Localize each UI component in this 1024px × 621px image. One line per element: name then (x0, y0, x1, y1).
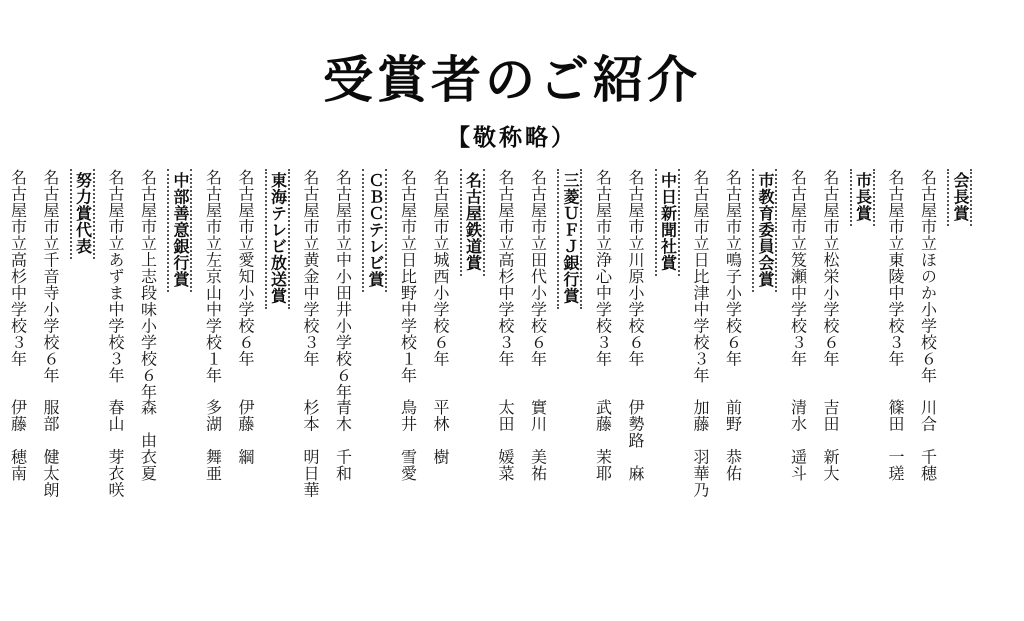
entry-name-text: 青木 千和 (325, 399, 358, 482)
entry-school-text: 名古屋市立黄金中学校３年 (301, 169, 318, 367)
award-group: ＣＢＣテレビ賞 名古屋市立中小田井小学校６年青木 千和名古屋市立黄金中学校３年杉… (293, 169, 391, 599)
award-title-text: 名古屋鉄道賞 (460, 169, 485, 276)
award-entry-column: 名古屋市立城西小学校６年平林 樹 (423, 169, 456, 599)
entry-school-text: 名古屋市立東陵中学校３年 (886, 169, 903, 367)
award-entry-column: 名古屋市立上志段味小学校６年森 由衣夏 (130, 169, 163, 599)
entry-name-text: 伊藤 穂南 (0, 399, 33, 482)
entry-name-text: 杉本 明日華 (293, 399, 326, 498)
award-group: 市教育委員会賞 名古屋市立鳴子小学校６年前野 恭佑名古屋市立日比津中学校３年加藤… (683, 169, 781, 599)
award-entry-column: 名古屋市立東陵中学校３年篠田 一瑳 (878, 169, 911, 599)
award-entry-column: 名古屋市立高杉中学校３年太田 媛菜 (488, 169, 521, 599)
award-title-text: 中部善意銀行賞 (167, 169, 192, 293)
entry-school-text: 名古屋市立高杉中学校３年 (496, 169, 513, 367)
entry-school-text: 名古屋市立笈瀬中学校３年 (789, 169, 806, 367)
award-entry-column: 名古屋市立左京山中学校１年多湖 舞亜 (195, 169, 228, 599)
award-title-text: 中日新聞社賞 (655, 169, 680, 276)
award-title-text: 三菱ＵＦＪ銀行賞 (557, 169, 582, 309)
entry-name-text: 服部 健太朗 (33, 399, 66, 498)
award-title-text: 東海テレビ放送賞 (265, 169, 290, 309)
entry-school-text: 名古屋市立愛知小学校６年 (236, 169, 253, 367)
award-title-column: 市長賞 (845, 169, 878, 599)
page-subtitle: 【敬称略） (0, 110, 1024, 152)
entry-name-text: 多湖 舞亜 (195, 399, 228, 482)
award-title-column: 中日新聞社賞 (650, 169, 683, 599)
award-title-column: 三菱ＵＦＪ銀行賞 (553, 169, 586, 599)
entry-school-text: 名古屋市立日比野中学校１年 (399, 169, 416, 384)
entry-school-text: 名古屋市立中小田井小学校６年 (334, 169, 351, 400)
entry-name-text: 實川 美祐 (520, 399, 553, 482)
award-title-column: 努力賞代表 (65, 169, 98, 599)
award-entry-column: 名古屋市立あずま中学校３年春山 芽衣咲 (98, 169, 131, 599)
award-title-column: 名古屋鉄道賞 (455, 169, 488, 599)
entry-name-text: 春山 芽衣咲 (98, 399, 131, 498)
entry-name-text: 川合 千穂 (910, 399, 943, 482)
entry-school-text: 名古屋市立あずま中学校３年 (106, 169, 123, 384)
entry-name-text: 伊勢路 麻 (618, 399, 651, 482)
award-group: 努力賞代表 名古屋市立千音寺小学校６年服部 健太朗名古屋市立高杉中学校３年伊藤 … (0, 169, 98, 599)
award-title-text: 市教育委員会賞 (752, 169, 777, 293)
award-entry-column: 名古屋市立黄金中学校３年杉本 明日華 (293, 169, 326, 599)
entry-school-text: 名古屋市立千音寺小学校６年 (41, 169, 58, 384)
entry-school-text: 名古屋市立田代小学校６年 (529, 169, 546, 367)
award-entry-column: 名古屋市立中小田井小学校６年青木 千和 (325, 169, 358, 599)
award-title-text: 努力賞代表 (70, 169, 95, 260)
award-title-text: 会長賞 (947, 169, 972, 227)
award-entry-column: 名古屋市立川原小学校６年伊勢路 麻 (618, 169, 651, 599)
entry-name-text: 武藤 茉耶 (585, 399, 618, 482)
award-title-column: ＣＢＣテレビ賞 (358, 169, 391, 599)
award-group: 中日新聞社賞 名古屋市立川原小学校６年伊勢路 麻名古屋市立浄心中学校３年武藤 茉… (585, 169, 683, 599)
award-entry-column: 名古屋市立日比津中学校３年加藤 羽華乃 (683, 169, 716, 599)
entry-name-text: 前野 恭佑 (715, 399, 748, 482)
entry-name-text: 清水 遥斗 (780, 399, 813, 482)
entry-school-text: 名古屋市立城西小学校６年 (431, 169, 448, 367)
award-title-text: ＣＢＣテレビ賞 (362, 169, 387, 293)
entry-name-text: 伊藤 綱 (228, 399, 261, 465)
award-title-column: 中部善意銀行賞 (163, 169, 196, 599)
entry-name-text: 篠田 一瑳 (878, 399, 911, 482)
entry-school-text: 名古屋市立松栄小学校６年 (821, 169, 838, 367)
award-entry-column: 名古屋市立浄心中学校３年武藤 茉耶 (585, 169, 618, 599)
award-group: 三菱ＵＦＪ銀行賞 名古屋市立田代小学校６年實川 美祐名古屋市立高杉中学校３年太田… (488, 169, 586, 599)
award-entry-column: 名古屋市立鳴子小学校６年前野 恭佑 (715, 169, 748, 599)
award-entry-column: 名古屋市立愛知小学校６年伊藤 綱 (228, 169, 261, 599)
entry-school-text: 名古屋市立高杉中学校３年 (9, 169, 26, 367)
entry-school-text: 名古屋市立上志段味小学校６年 (139, 169, 156, 400)
award-entry-column: 名古屋市立千音寺小学校６年服部 健太朗 (33, 169, 66, 599)
entry-school-text: 名古屋市立ほのか小学校６年 (919, 169, 936, 384)
award-entry-column: 名古屋市立田代小学校６年實川 美祐 (520, 169, 553, 599)
award-winners-page: 受賞者のご紹介 【敬称略） 会長賞 名古屋市立ほのか小学校６年川合 千穂名古屋市… (0, 0, 1024, 621)
award-title-text: 市長賞 (850, 169, 875, 227)
award-entry-column: 名古屋市立ほのか小学校６年川合 千穂 (910, 169, 943, 599)
award-group: 市長賞 名古屋市立松栄小学校６年吉田 新大名古屋市立笈瀬中学校３年清水 遥斗 (780, 169, 878, 599)
entry-name-text: 加藤 羽華乃 (683, 399, 716, 498)
entry-name-text: 太田 媛菜 (488, 399, 521, 482)
award-entry-column: 名古屋市立日比野中学校１年鳥井 雪愛 (390, 169, 423, 599)
entry-school-text: 名古屋市立鳴子小学校６年 (724, 169, 741, 367)
entry-school-text: 名古屋市立左京山中学校１年 (204, 169, 221, 384)
award-group: 名古屋鉄道賞 名古屋市立城西小学校６年平林 樹名古屋市立日比野中学校１年鳥井 雪… (390, 169, 488, 599)
page-title: 受賞者のご紹介 (0, 0, 1024, 110)
award-title-column: 会長賞 (943, 169, 976, 599)
entry-school-text: 名古屋市立浄心中学校３年 (594, 169, 611, 367)
award-group: 中部善意銀行賞 名古屋市立上志段味小学校６年森 由衣夏名古屋市立あずま中学校３年… (98, 169, 196, 599)
award-title-column: 市教育委員会賞 (748, 169, 781, 599)
award-title-column: 東海テレビ放送賞 (260, 169, 293, 599)
award-entry-column: 名古屋市立笈瀬中学校３年清水 遥斗 (780, 169, 813, 599)
entry-name-text: 鳥井 雪愛 (390, 399, 423, 482)
awards-list: 会長賞 名古屋市立ほのか小学校６年川合 千穂名古屋市立東陵中学校３年篠田 一瑳 … (0, 169, 987, 599)
award-entry-column: 名古屋市立高杉中学校３年伊藤 穂南 (0, 169, 33, 599)
award-group: 東海テレビ放送賞 名古屋市立愛知小学校６年伊藤 綱名古屋市立左京山中学校１年多湖… (195, 169, 293, 599)
entry-name-text: 森 由衣夏 (130, 399, 163, 482)
award-group: 会長賞 名古屋市立ほのか小学校６年川合 千穂名古屋市立東陵中学校３年篠田 一瑳 (878, 169, 976, 599)
award-entry-column: 名古屋市立松栄小学校６年吉田 新大 (813, 169, 846, 599)
entry-name-text: 吉田 新大 (813, 399, 846, 482)
entry-name-text: 平林 樹 (423, 399, 456, 465)
entry-school-text: 名古屋市立日比津中学校３年 (691, 169, 708, 384)
entry-school-text: 名古屋市立川原小学校６年 (626, 169, 643, 367)
